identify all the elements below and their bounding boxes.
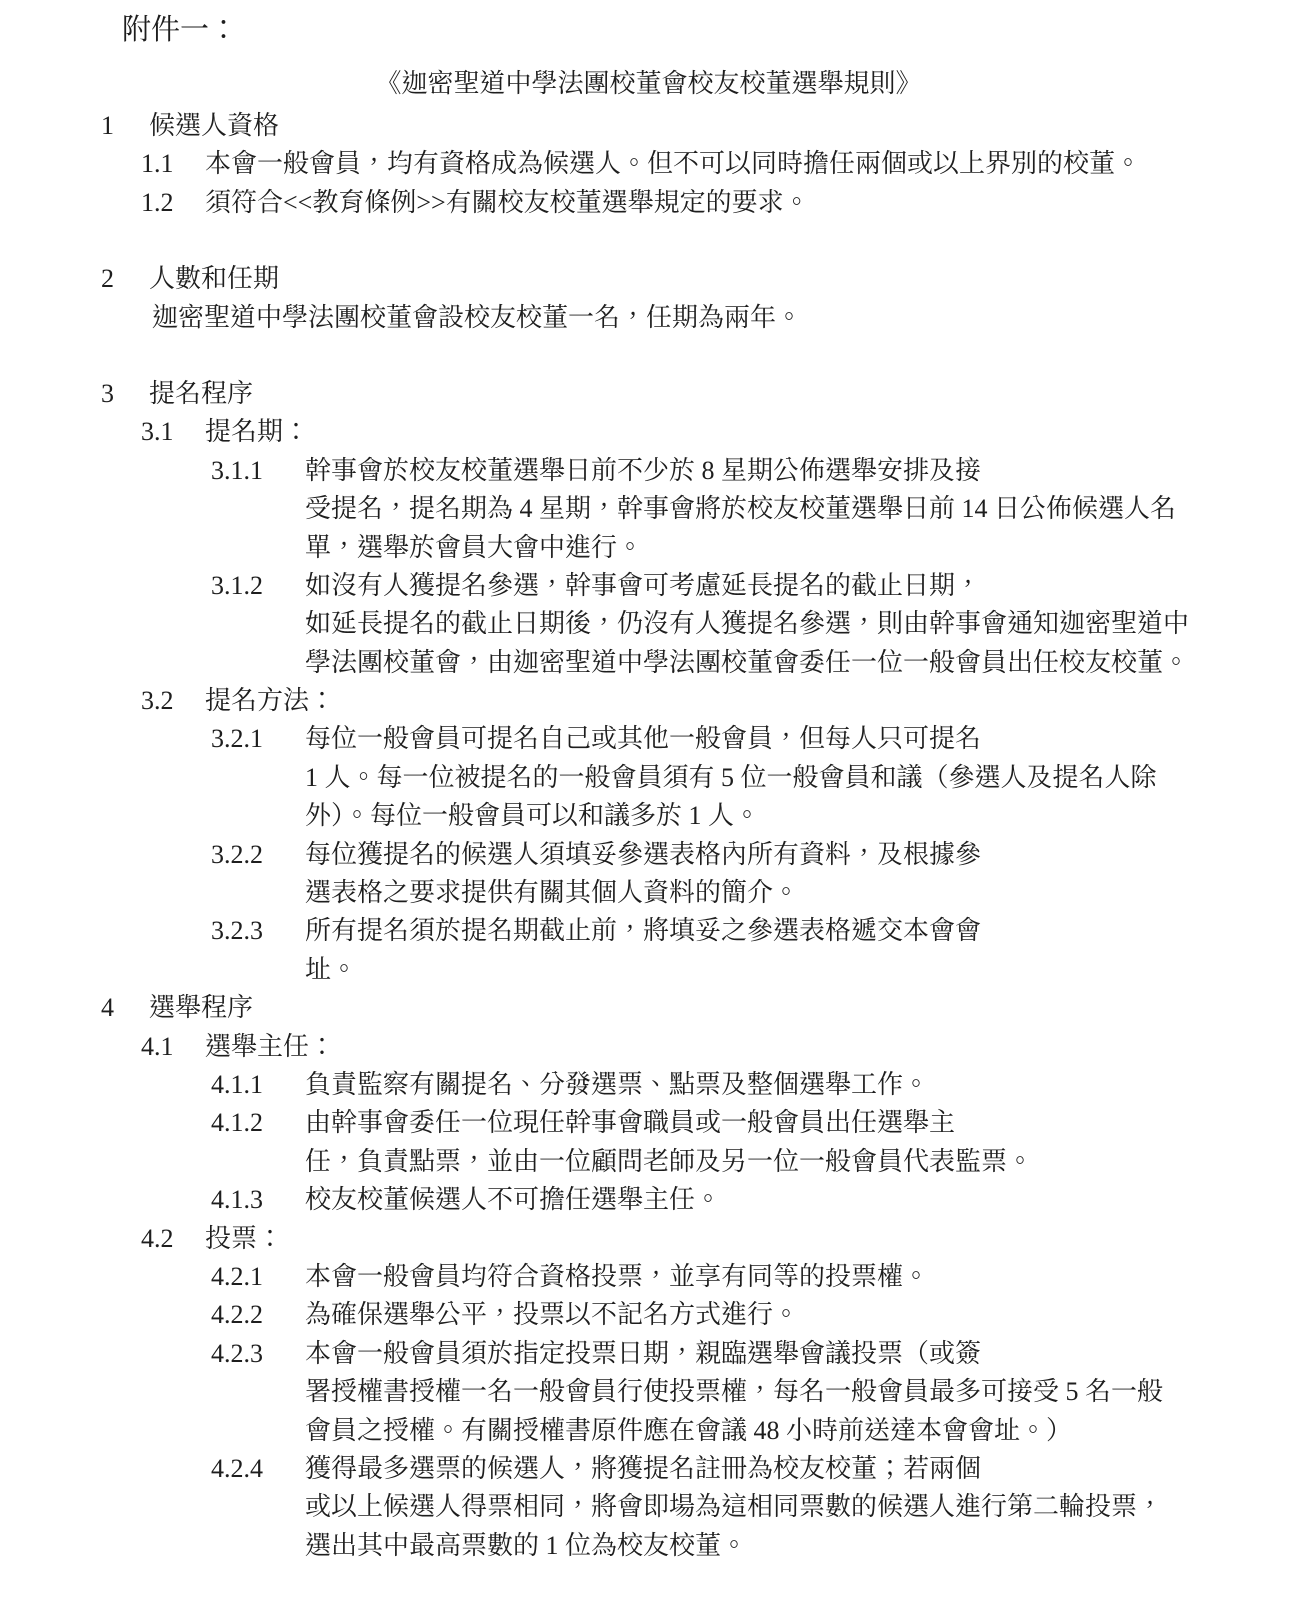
clause-row: 3.2.1每位一般會員可提名自己或其他一般會員，但每人只可提名 [0,720,1297,758]
subsection-number: 4.1 [141,1028,174,1066]
section-heading: 提名程序 [149,379,253,408]
clause-number: 1.1 [141,145,174,183]
section: 2人數和任期迦密聖道中學法團校董會設校友校董一名，任期為兩年。 [0,260,1297,337]
document-body: 1候選人資格1.1本會一般會員，均有資格成為候選人。但不可以同時擔任兩個或以上界… [0,107,1297,1565]
clause-number: 4.2.4 [211,1450,263,1488]
section: 4選舉程序4.1選舉主任：4.1.1負責監察有關提名、分發選票、點票及整個選舉工… [0,989,1297,1565]
clause-row: 4.2.2為確保選舉公平，投票以不記名方式進行。 [0,1296,1297,1334]
clause-row: 3.2.3所有提名須於提名期截止前，將填妥之參選表格遞交本會會 [0,912,1297,950]
clause-number: 4.1.3 [211,1181,263,1219]
paragraph-row: 迦密聖道中學法團校董會設校友校董一名，任期為兩年。 [0,299,1297,337]
clause-continuation-row: 任，負責點票，並由一位顧問老師及另一位一般會員代表監票。 [0,1143,1297,1181]
clause-row: 3.1.2如沒有人獲提名參選，幹事會可考慮延長提名的截止日期， [0,567,1297,605]
clause-continuation-row: 址。 [0,951,1297,989]
subsection-heading: 投票： [205,1224,283,1253]
clause-number: 3.2.1 [211,720,263,758]
clause-text: 學法團校董會，由迦密聖道中學法團校董會委任一位一般會員出任校友校董。 [305,648,1189,677]
clause-text: 負責監察有關提名、分發選票、點票及整個選舉工作。 [305,1070,929,1099]
clause-continuation-row: 選表格之要求提供有關其個人資料的簡介。 [0,874,1297,912]
section-number: 4 [101,989,114,1027]
clause-row: 1.1本會一般會員，均有資格成為候選人。但不可以同時擔任兩個或以上界別的校董。 [0,145,1297,183]
section-heading: 人數和任期 [149,264,279,293]
clause-text: 本會一般會員均符合資格投票，並享有同等的投票權。 [305,1262,929,1291]
clause-text: 本會一般會員，均有資格成為候選人。但不可以同時擔任兩個或以上界別的校董。 [205,149,1141,178]
clause-continuation-row: 單，選舉於會員大會中進行。 [0,529,1297,567]
subsection-heading-row: 3.2提名方法： [0,682,1297,720]
clause-text: 選出其中最高票數的 1 位為校友校董。 [305,1531,747,1560]
subsection-heading: 提名期： [205,417,309,446]
section-number: 3 [101,375,114,413]
clause-row: 3.1.1幹事會於校友校董選舉日前不少於 8 星期公佈選舉安排及接 [0,452,1297,490]
clause-text: 獲得最多選票的候選人，將獲提名註冊為校友校董；若兩個 [305,1454,981,1483]
section-heading: 候選人資格 [149,111,279,140]
clause-row: 3.2.2每位獲提名的候選人須填妥參選表格內所有資料，及根據參 [0,836,1297,874]
clause-text: 每位一般會員可提名自己或其他一般會員，但每人只可提名 [305,724,981,753]
section-heading: 選舉程序 [149,993,253,1022]
clause-text: 單，選舉於會員大會中進行。 [305,533,643,562]
clause-number: 4.2.3 [211,1335,263,1373]
subsection-heading-row: 3.1提名期： [0,413,1297,451]
clause-continuation-row: 受提名，提名期為 4 星期，幹事會將於校友校董選舉日前 14 日公佈候選人名 [0,490,1297,528]
section-heading-row: 3提名程序 [0,375,1297,413]
subsection-heading-row: 4.1選舉主任： [0,1028,1297,1066]
document-title: 《迦密聖道中學法團校董會校友校董選舉規則》 [0,68,1297,100]
clause-text: 須符合<<教育條例>>有關校友校董選舉規定的要求。 [205,188,810,217]
clause-row: 1.2須符合<<教育條例>>有關校友校董選舉規定的要求。 [0,184,1297,222]
clause-text: 署授權書授權一名一般會員行使投票權，每名一般會員最多可接受 5 名一般 [305,1377,1163,1406]
clause-text: 所有提名須於提名期截止前，將填妥之參選表格遞交本會會 [305,916,981,945]
subsection-number: 3.1 [141,413,174,451]
clause-row: 4.1.3校友校董候選人不可擔任選舉主任。 [0,1181,1297,1219]
clause-text: 1 人。每一位被提名的一般會員須有 5 位一般會員和議（參選人及提名人除 [305,763,1157,792]
paragraph-text: 迦密聖道中學法團校董會設校友校董一名，任期為兩年。 [152,303,802,332]
clause-continuation-row: 會員之授權。有關授權書原件應在會議 48 小時前送達本會會址。） [0,1412,1297,1450]
clause-number: 3.2.3 [211,912,263,950]
section-heading-row: 4選舉程序 [0,989,1297,1027]
subsection-number: 4.2 [141,1220,174,1258]
clause-number: 4.2.1 [211,1258,263,1296]
clause-continuation-row: 如延長提名的截止日期後，仍沒有人獲提名參選，則由幹事會通知迦密聖道中 [0,605,1297,643]
subsection-heading: 提名方法： [205,686,335,715]
clause-continuation-row: 學法團校董會，由迦密聖道中學法團校董會委任一位一般會員出任校友校董。 [0,644,1297,682]
clause-number: 4.2.2 [211,1296,263,1334]
clause-text: 如沒有人獲提名參選，幹事會可考慮延長提名的截止日期， [305,571,981,600]
clause-number: 3.2.2 [211,836,263,874]
clause-text: 任，負責點票，並由一位顧問老師及另一位一般會員代表監票。 [305,1147,1033,1176]
clause-row: 4.2.1本會一般會員均符合資格投票，並享有同等的投票權。 [0,1258,1297,1296]
clause-text: 受提名，提名期為 4 星期，幹事會將於校友校董選舉日前 14 日公佈候選人名 [305,494,1176,523]
clause-text: 選表格之要求提供有關其個人資料的簡介。 [305,878,799,907]
clause-text: 會員之授權。有關授權書原件應在會議 48 小時前送達本會會址。） [305,1416,1072,1445]
clause-continuation-row: 選出其中最高票數的 1 位為校友校董。 [0,1527,1297,1565]
clause-text: 為確保選舉公平，投票以不記名方式進行。 [305,1300,799,1329]
section-number: 2 [101,260,114,298]
clause-number: 4.1.2 [211,1104,263,1142]
subsection-heading: 選舉主任： [205,1032,335,1061]
clause-text: 如延長提名的截止日期後，仍沒有人獲提名參選，則由幹事會通知迦密聖道中 [305,609,1189,638]
clause-number: 4.1.1 [211,1066,263,1104]
clause-text: 本會一般會員須於指定投票日期，親臨選舉會議投票（或簽 [305,1339,981,1368]
clause-continuation-row: 署授權書授權一名一般會員行使投票權，每名一般會員最多可接受 5 名一般 [0,1373,1297,1411]
clause-row: 4.2.3本會一般會員須於指定投票日期，親臨選舉會議投票（或簽 [0,1335,1297,1373]
section: 1候選人資格1.1本會一般會員，均有資格成為候選人。但不可以同時擔任兩個或以上界… [0,107,1297,222]
clause-text: 址。 [305,955,357,984]
clause-row: 4.2.4獲得最多選票的候選人，將獲提名註冊為校友校董；若兩個 [0,1450,1297,1488]
subsection-heading-row: 4.2投票： [0,1220,1297,1258]
clause-number: 1.2 [141,184,174,222]
clause-text: 幹事會於校友校董選舉日前不少於 8 星期公佈選舉安排及接 [305,456,981,485]
clause-row: 4.1.2由幹事會委任一位現任幹事會職員或一般會員出任選舉主 [0,1104,1297,1142]
attachment-label: 附件一： [122,12,238,48]
clause-continuation-row: 1 人。每一位被提名的一般會員須有 5 位一般會員和議（參選人及提名人除 [0,759,1297,797]
clause-text: 或以上候選人得票相同，將會即場為這相同票數的候選人進行第二輪投票， [305,1492,1163,1521]
section-number: 1 [101,107,114,145]
clause-continuation-row: 或以上候選人得票相同，將會即場為這相同票數的候選人進行第二輪投票， [0,1488,1297,1526]
clause-number: 3.1.1 [211,452,263,490]
section: 3提名程序3.1提名期：3.1.1幹事會於校友校董選舉日前不少於 8 星期公佈選… [0,375,1297,989]
document-page: 附件一： 《迦密聖道中學法團校董會校友校董選舉規則》 1候選人資格1.1本會一般… [0,0,1297,1600]
section-heading-row: 2人數和任期 [0,260,1297,298]
clause-text: 每位獲提名的候選人須填妥參選表格內所有資料，及根據參 [305,840,981,869]
clause-text: 外）。每位一般會員可以和議多於 1 人。 [305,801,760,830]
clause-row: 4.1.1負責監察有關提名、分發選票、點票及整個選舉工作。 [0,1066,1297,1104]
subsection-number: 3.2 [141,682,174,720]
clause-text: 校友校董候選人不可擔任選舉主任。 [305,1185,721,1214]
clause-number: 3.1.2 [211,567,263,605]
section-heading-row: 1候選人資格 [0,107,1297,145]
clause-continuation-row: 外）。每位一般會員可以和議多於 1 人。 [0,797,1297,835]
clause-text: 由幹事會委任一位現任幹事會職員或一般會員出任選舉主 [305,1108,955,1137]
